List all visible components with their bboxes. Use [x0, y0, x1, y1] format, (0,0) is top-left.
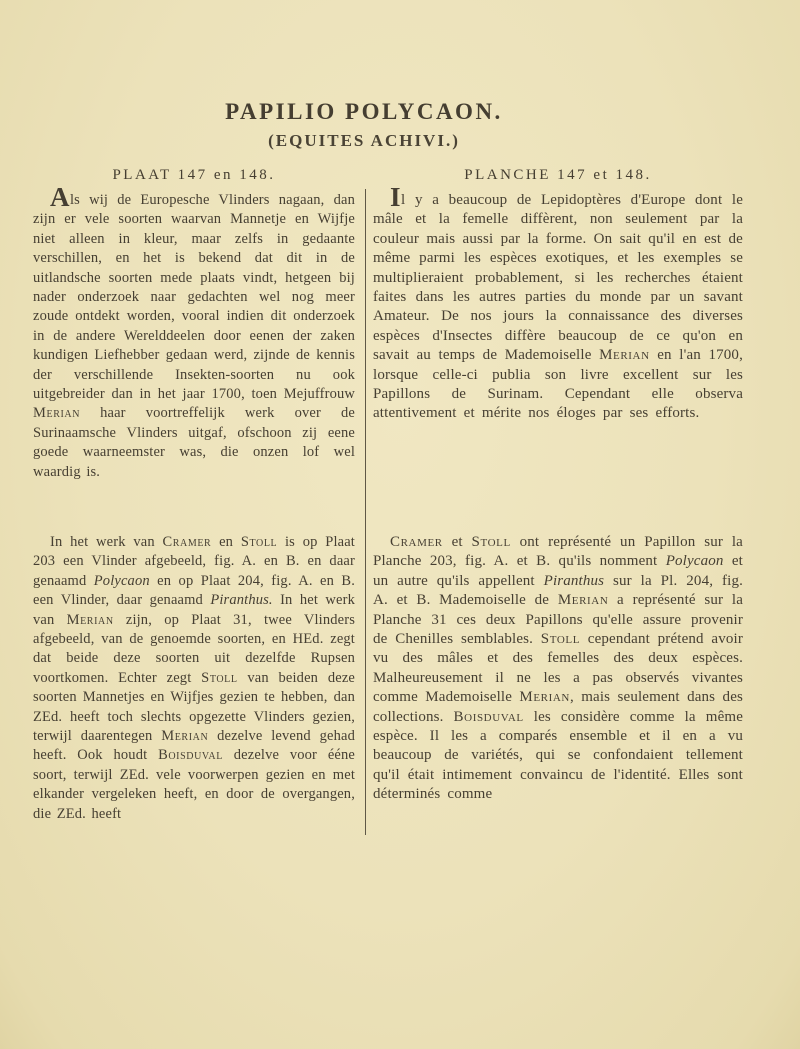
- text-segment: Stoll: [541, 631, 580, 647]
- text-segment: Piranthus.: [210, 592, 272, 608]
- text-segment: Cramer: [390, 534, 443, 550]
- left-column-paragraph-2: In het werk van Cramer en Stoll is op Pl…: [33, 533, 355, 824]
- right-column-paragraph-1: Il y a beaucoup de Lepidoptères d'Europe…: [373, 191, 743, 424]
- text-segment: Stoll: [472, 534, 511, 550]
- text-segment: Stoll: [241, 534, 277, 550]
- text-segment: et: [443, 534, 472, 550]
- right-column-paragraph-2: Cramer et Stoll ont représenté un Papill…: [373, 533, 743, 805]
- right-column-heading: PLANCHE 147 et 148.: [373, 167, 743, 184]
- book-page: PAPILIO POLYCAON. (EQUITES ACHIVI.) PLAA…: [0, 0, 800, 1049]
- drop-cap-initial: I: [390, 182, 401, 212]
- text-segment: ls wij de Europesche Vlinders nagaan, da…: [33, 192, 355, 402]
- column-divider-rule: [365, 189, 366, 835]
- drop-cap-initial: A: [50, 182, 70, 212]
- text-segment: Boisduval: [158, 747, 223, 763]
- text-segment: Stoll: [201, 670, 237, 686]
- text-segment: Merian: [67, 612, 114, 628]
- text-segment: en: [211, 534, 240, 550]
- text-segment: haar voortreffelijk werk over de Surinaa…: [33, 405, 355, 479]
- text-segment: Cramer: [162, 534, 211, 550]
- text-segment: l y a beaucoup de Lepidoptères d'Europe …: [373, 192, 743, 363]
- text-segment: Polycaon: [666, 553, 724, 569]
- text-segment: Boisduval: [454, 709, 524, 725]
- page-subtitle: (EQUITES ACHIVI.): [4, 131, 724, 151]
- left-column-paragraph-1: Als wij de Europesche Vlinders nagaan, d…: [33, 191, 355, 482]
- text-segment: Merian: [33, 405, 80, 421]
- text-segment: Merian: [519, 689, 570, 705]
- left-column-heading: PLAAT 147 en 148.: [33, 167, 355, 184]
- text-segment: Polycaon: [94, 573, 150, 589]
- text-segment: Merian: [558, 592, 609, 608]
- text-segment: Merian: [161, 728, 208, 744]
- page-title: PAPILIO POLYCAON.: [4, 99, 724, 125]
- text-segment: Merian: [599, 347, 650, 363]
- text-segment: In het werk van: [50, 534, 162, 550]
- text-segment: Piranthus: [544, 573, 605, 589]
